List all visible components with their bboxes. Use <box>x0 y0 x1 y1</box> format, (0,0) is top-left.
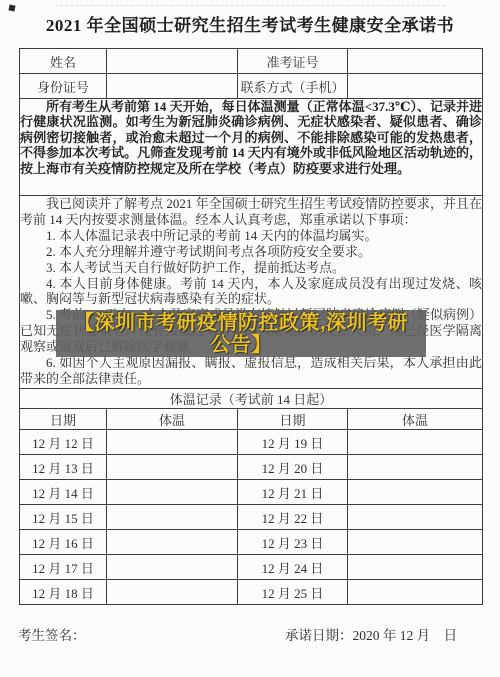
table-row: 12 月 17 日 12 月 24 日 <box>20 555 483 580</box>
temp-cell <box>107 455 238 480</box>
pledge-intro: 我已阅读并了解考点 2021 年全国硕士研究生招生考试疫情防控要求，并且在考前 … <box>20 196 482 228</box>
pledge-item-6: 6. 如因个人主观原因漏报、瞒报、虚报信息，造成相关后果，本人承担由此带来的全部… <box>20 355 482 387</box>
temp-cell <box>107 480 238 505</box>
watermark-text-line1: 【深圳市考研疫情防控政策,深圳考研 <box>74 312 408 334</box>
date-cell: 12 月 18 日 <box>20 580 107 605</box>
temp-header-1: 体温 <box>107 409 238 430</box>
name-label: 姓名 <box>20 49 107 74</box>
scan-artifact-line <box>55 5 445 6</box>
date-cell: 12 月 12 日 <box>20 430 107 455</box>
pledge-item-3: 3. 本人考试当天自行做好防护工作，提前抵达考点。 <box>20 260 482 276</box>
info-row-2: 身份证号 联系方式（手机） <box>20 74 483 99</box>
temperature-table-title: 体温记录（考试前 14 日起） <box>20 389 483 409</box>
date-cell: 12 月 23 日 <box>238 530 348 555</box>
date-cell: 12 月 15 日 <box>20 505 107 530</box>
signature-label: 考生签名： <box>18 624 86 644</box>
temp-cell <box>348 480 483 505</box>
temp-cell <box>107 430 238 455</box>
pledge-row: 我已阅读并了解考点 2021 年全国硕士研究生招生考试疫情防控要求，并且在考前 … <box>20 196 483 389</box>
id-number-value-cell <box>107 74 238 99</box>
temp-cell <box>107 555 238 580</box>
date-cell: 12 月 24 日 <box>238 555 348 580</box>
temp-cell <box>107 505 238 530</box>
temp-cell <box>348 430 483 455</box>
phone-label: 联系方式（手机） <box>238 74 348 99</box>
phone-value-cell <box>348 74 483 99</box>
temperature-table-header-row: 日期 体温 日期 体温 <box>20 409 483 430</box>
temp-cell <box>348 455 483 480</box>
pledge-item-4: 4. 本人目前身体健康。考前 14 天内，本人及家庭成员没有出现过发烧、咳嗽、胸… <box>20 276 482 308</box>
date-cell: 12 月 20 日 <box>238 455 348 480</box>
watermark-text-line2: 公告】 <box>210 334 272 356</box>
temp-cell <box>348 530 483 555</box>
date-header-2: 日期 <box>238 409 348 430</box>
table-row: 12 月 18 日 12 月 25 日 <box>20 580 483 605</box>
date-cell: 12 月 17 日 <box>20 555 107 580</box>
pledge-item-2: 2. 本人充分理解并遵守考试期间考点各项防疫安全要求。 <box>20 244 482 260</box>
table-row: 12 月 16 日 12 月 23 日 <box>20 530 483 555</box>
watermark-banner: 【深圳市考研疫情防控政策,深圳考研 公告】 <box>56 310 426 357</box>
date-cell: 12 月 21 日 <box>238 480 348 505</box>
table-row: 12 月 13 日 12 月 20 日 <box>20 455 483 480</box>
date-cell: 12 月 22 日 <box>238 505 348 530</box>
page-title: 2021 年全国硕士研究生招生考试考生健康安全承诺书 <box>0 11 500 36</box>
health-notice-paragraph: 所有考生从考前第 14 天开始，每日体温测量（正常体温<37.3℃）、记录并进行… <box>20 99 482 176</box>
temp-cell <box>348 505 483 530</box>
date-cell: 12 月 13 日 <box>20 455 107 480</box>
temp-header-2: 体温 <box>348 409 483 430</box>
info-row-1: 姓名 准考证号 <box>20 49 483 74</box>
date-cell: 12 月 19 日 <box>238 430 348 455</box>
date-header-1: 日期 <box>20 409 107 430</box>
pledge-item-1: 1. 本人体温记录表中所记录的考前 14 天内的体温均属实。 <box>20 228 482 244</box>
date-cell: 12 月 14 日 <box>20 480 107 505</box>
temperature-table-title-row: 体温记录（考试前 14 日起） <box>20 389 483 409</box>
admission-number-value-cell <box>348 49 483 74</box>
date-cell: 12 月 25 日 <box>238 580 348 605</box>
temp-cell <box>107 580 238 605</box>
temp-cell <box>348 580 483 605</box>
pledge-block: 我已阅读并了解考点 2021 年全国硕士研究生招生考试疫情防控要求，并且在考前 … <box>20 196 482 387</box>
date-cell: 12 月 16 日 <box>20 530 107 555</box>
notice-row: 所有考生从考前第 14 天开始，每日体温测量（正常体温<37.3℃）、记录并进行… <box>20 99 483 196</box>
name-value-cell <box>107 49 238 74</box>
id-number-label: 身份证号 <box>20 74 107 99</box>
table-row: 12 月 12 日 12 月 19 日 <box>20 430 483 455</box>
scanned-commitment-form: 2021 年全国硕士研究生招生考试考生健康安全承诺书 姓名 准考证号 身份证号 … <box>0 0 500 677</box>
table-row: 12 月 14 日 12 月 21 日 <box>20 480 483 505</box>
admission-number-label: 准考证号 <box>238 49 348 74</box>
pledge-date-label: 承诺日期：2020 年 12 月 日 <box>285 624 457 644</box>
temp-cell <box>348 555 483 580</box>
table-row: 12 月 15 日 12 月 22 日 <box>20 505 483 530</box>
temp-cell <box>107 530 238 555</box>
